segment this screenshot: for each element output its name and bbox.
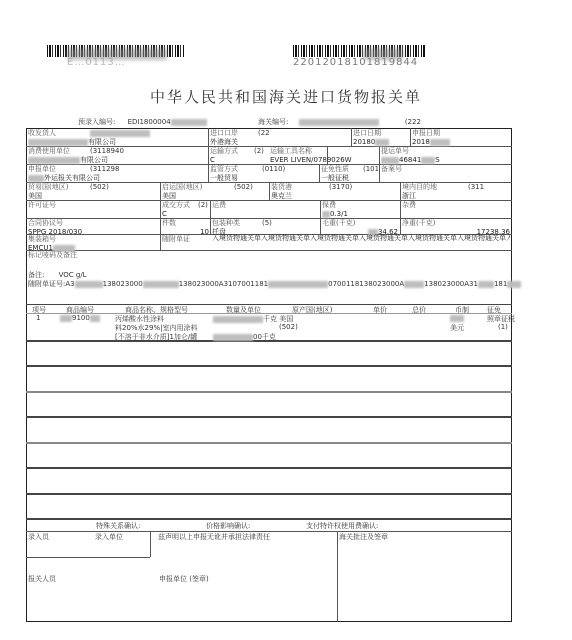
field-trade-country: 贸易国(地区) (502) 美国 xyxy=(28,183,158,201)
entry-clerk-label: 录入员 xyxy=(28,532,49,542)
field-supervision-mode: 监管方式 (0110) 一般贸易 xyxy=(210,165,318,183)
barcode-right: 22012018101819844 xyxy=(293,45,425,65)
field-license-no: 许可证号 xyxy=(28,201,158,210)
redaction xyxy=(363,48,403,60)
pre-entry-value: EDI1800004 xyxy=(128,118,171,126)
field-declare-date: 申报日期 2018 xyxy=(412,129,510,147)
customs-no-label: 海关编号: xyxy=(258,118,288,126)
customs-number: 海关编号: (222 xyxy=(258,117,421,127)
field-freight: 运费 xyxy=(212,201,318,210)
field-tax-nature: 征免性质 (101) 一般征税 xyxy=(321,165,378,183)
pre-entry-number: 预录入编号: EDI1800004 xyxy=(78,117,207,127)
barcode-number: 22012018101819844 xyxy=(293,58,425,68)
customs-clerk-label: 报关人员 xyxy=(28,574,56,584)
pre-entry-label: 预录入编号: xyxy=(78,118,115,126)
field-consumer-unit: 消费使用单位 (3118940 有限公司 xyxy=(28,147,206,165)
redaction xyxy=(67,48,167,60)
field-origin-country: 启运国(地区) (502) 美国 xyxy=(162,183,268,201)
declaring-unit-label: 申报单位 (签章) xyxy=(159,574,209,584)
field-destination: 境内目的地 (311 浙江 xyxy=(402,183,510,201)
field-bill-of-lading: 提运单号 46841S xyxy=(381,147,509,165)
field-attached-docs-label: 随附单证 xyxy=(162,235,210,244)
field-loading-port: 装货港 (3170) 奥克兰 xyxy=(271,183,399,201)
barcode-left: E…0113… xyxy=(47,45,185,65)
field-import-port: 进口口岸 (22 外港海关 xyxy=(210,129,350,147)
page-title: 中华人民共和国海关进口货物报关单 xyxy=(0,86,572,107)
entry-unit-label: 录入单位 xyxy=(95,532,123,542)
customs-no-suffix: (222 xyxy=(405,118,421,126)
field-deal-mode: 成交方式 (2) C xyxy=(162,201,209,219)
field-declarant: 申报单位 (311298 外运报关有限公司 xyxy=(28,165,206,183)
price-impact-confirm: 价格影响确认: xyxy=(206,521,250,531)
field-misc-fee: 杂费 xyxy=(402,201,510,210)
field-marks-remarks: 标记唛码及备注 xyxy=(28,251,228,260)
customs-approval-label: 海关批注及签章 xyxy=(339,532,388,542)
special-relation-confirm: 特殊关系确认: xyxy=(96,521,140,531)
royalty-confirm: 支付特许权使用费确认: xyxy=(306,521,378,531)
field-consignee: 收发货人 有限公司 xyxy=(28,129,206,147)
declaration-statement: 兹声明以上申报无讹并承担法律责任 xyxy=(158,532,270,542)
field-attached-docs: 入境货物通关单入境货物通关单入境货物通关单入境货物通关单入境货物通关单入境货物通… xyxy=(212,234,510,243)
field-import-date: 进口日期 20180 xyxy=(353,129,409,147)
field-record-no: 备案号 xyxy=(381,165,509,174)
field-vessel: 运输工具名称 EVER LIVEN/0789026W xyxy=(270,147,378,165)
field-insurance: 保费 0.3/1 xyxy=(322,201,398,219)
barcode-bars xyxy=(293,45,425,57)
attached-docs-numbers: 随附单证号:A3138023000138023000A3107001181070… xyxy=(28,279,521,289)
